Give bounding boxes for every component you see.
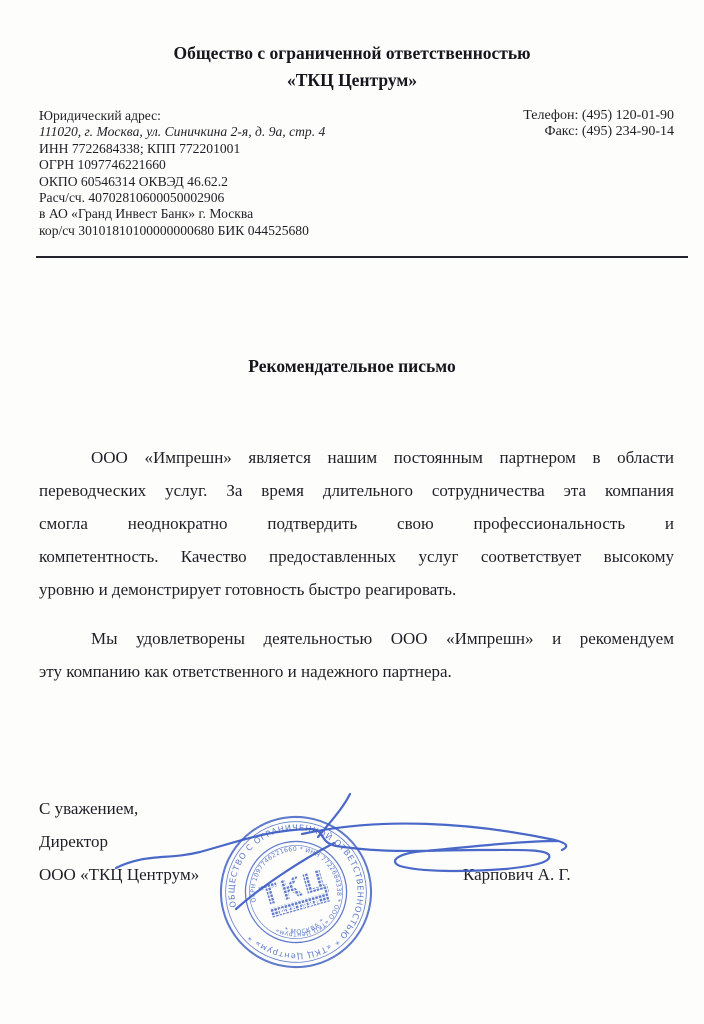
company-name-line2: «ТКЦ Центрум» [0, 67, 704, 94]
body-line: уровню и демонстрирует готовность быстро… [39, 573, 674, 606]
divider-line [36, 256, 688, 258]
stamp-logo-banner [270, 892, 330, 918]
company-line: ООО «ТКЦ Центрум» [39, 865, 199, 884]
position-line: Директор [39, 825, 674, 858]
address-label: Юридический адрес: [39, 108, 325, 124]
address-value: 111020, г. Москва, ул. Синичкина 2-я, д.… [39, 124, 325, 140]
body-line: переводческих услуг. За время длительног… [39, 474, 674, 507]
letter-page: Общество с ограниченной ответственностью… [0, 0, 704, 1024]
letter-body: ООО «Импрешн» является нашим постоянным … [0, 441, 704, 688]
document-title: Рекомендательное письмо [0, 355, 704, 377]
bank-line: в АО «Гранд Инвест Банк» г. Москва [39, 206, 325, 222]
body-line: Мы удовлетворены деятельностью ООО «Импр… [39, 622, 674, 655]
body-line: компетентность. Качество предоставленных… [39, 540, 674, 573]
company-header: Общество с ограниченной ответственностью… [0, 40, 704, 94]
letterhead: Юридический адрес: 111020, г. Москва, ул… [0, 108, 704, 239]
contacts-block: Телефон: (495) 120-01-90 Факс: (495) 234… [523, 108, 674, 141]
stamp-logo-centrum: Центрум [278, 897, 321, 916]
closing-block: С уважением, Директор ООО «ТКЦ Центрум» … [0, 792, 704, 891]
body-line: ООО «Импрешн» является нашим постоянным … [39, 441, 674, 474]
inn-kpp-line: ИНН 7722684338; КПП 772201001 [39, 141, 325, 157]
settlement-account-line: Расч/сч. 40702810600050002906 [39, 190, 325, 206]
body-line: смогла неоднократно подтвердить свою про… [39, 507, 674, 540]
legal-details-block: Юридический адрес: 111020, г. Москва, ул… [39, 108, 325, 239]
stamp-moscow-text: * МОСКВА * [282, 916, 328, 940]
fax-line: Факс: (495) 234-90-14 [523, 124, 674, 140]
phone-line: Телефон: (495) 120-01-90 [523, 108, 674, 124]
okpo-okved-line: ОКПО 60546314 ОКВЭД 46.62.2 [39, 174, 325, 190]
ogrn-line: ОГРН 1097746221660 [39, 157, 325, 173]
signer-name: Карпович А. Г. [463, 858, 571, 891]
paragraph-1: ООО «Импрешн» является нашим постоянным … [39, 441, 674, 606]
corr-account-line: кор/сч 30101810100000000680 БИК 04452568… [39, 223, 325, 239]
regards-line: С уважением, [39, 792, 674, 825]
signer-row: ООО «ТКЦ Центрум» Карпович А. Г. [39, 858, 674, 891]
company-name-line1: Общество с ограниченной ответственностью [0, 40, 704, 67]
body-line: эту компанию как ответственного и надежн… [39, 655, 674, 688]
paragraph-2: Мы удовлетворены деятельностью ООО «Импр… [39, 622, 674, 688]
